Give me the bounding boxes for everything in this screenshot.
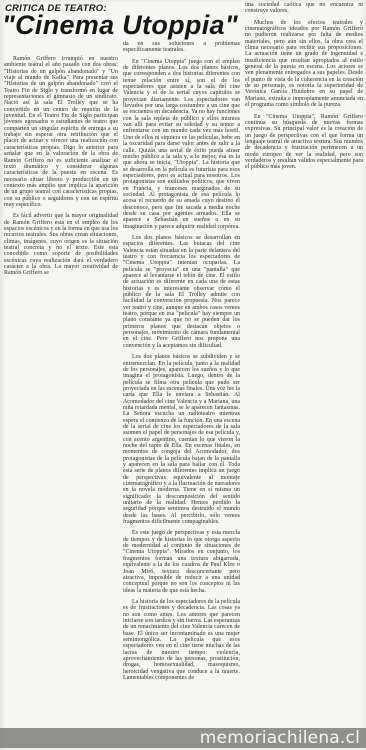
article-paragraph: Los dos planos básicos se desarrollan en… [123,235,240,349]
article-paragraph: La historia de los espectadores de la pe… [123,599,240,681]
article-paragraph: En "Cinema Utoppia" juega con el empleo … [123,59,240,230]
article-paragraph: Los dos planos básicos se subdividen y s… [123,354,240,525]
article-paragraph: En "Cinema Utoppia", Ramón Griffero cont… [245,114,363,171]
article-paragraph: Es este juego de perspectivas y esta mez… [123,530,240,593]
watermark-band: memoriachilena.cl [0,728,366,748]
article-paragraph: Es fácil advertir que la mayor originali… [4,213,118,276]
article-paragraph: una sociedad caótica que no encuentra ni… [245,2,363,15]
article-column-1: Ramón Griffero irrumpió en nuestro ambie… [4,56,118,277]
article-column-3: una sociedad caótica que no encuentra ni… [245,2,363,171]
article-title: "Cinema Utoppia" [2,10,242,41]
article-paragraph: da en sus soluciones a problemas específ… [123,41,240,54]
article-column-2: da en sus soluciones a problemas específ… [123,41,240,747]
article-paragraph: Ramón Griffero irrumpió en nuestro ambie… [4,56,118,208]
article-paragraph: Muchos de los efectos teatrales y cinema… [245,20,363,109]
newspaper-scan: CRITICA DE TEATRO: "Cinema Utoppia" Ramó… [0,0,366,750]
watermark-text: memoriachilena.cl [200,728,360,748]
